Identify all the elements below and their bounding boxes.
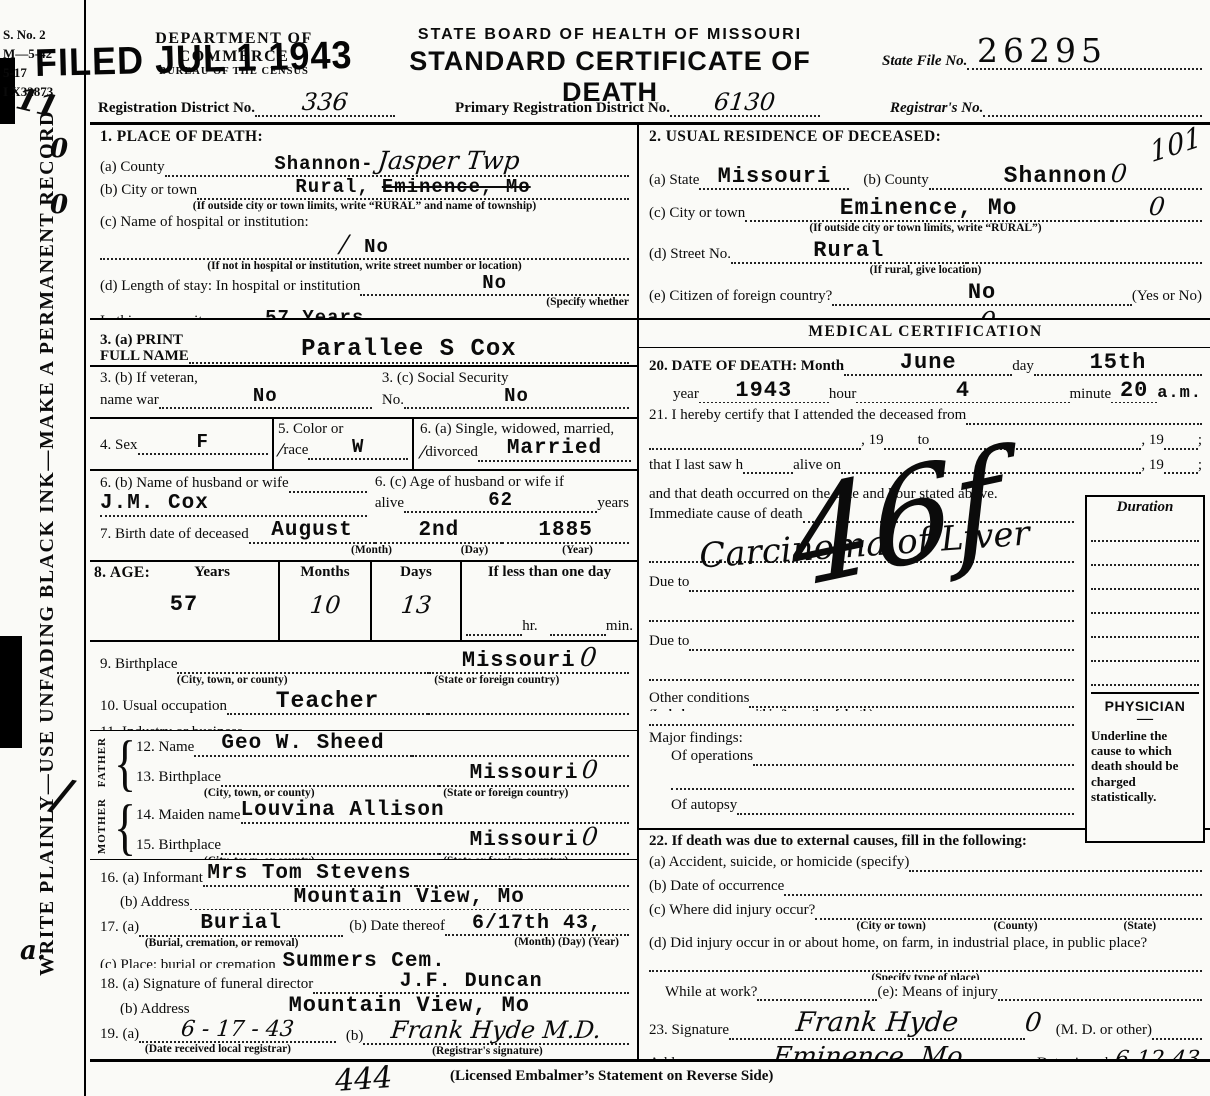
death-year-value: 1943 (735, 378, 792, 403)
primary-district-label: Primary Registration District No. (455, 100, 670, 117)
other-conditions-label: Other conditions (649, 689, 749, 708)
section-date-of-death: 20. DATE OF DEATH: Month June day 15th y… (639, 348, 1210, 404)
duration-physician-box: Duration PHYSICIAN — Underline the cause… (1085, 495, 1205, 843)
mother-birthplace-label: 15. Birthplace (136, 836, 221, 855)
citizen-value: No (968, 280, 996, 305)
md-or-other-label: (M. D. or other) (1056, 1021, 1152, 1040)
residence-street-value: Rural (813, 238, 884, 263)
residence-state-label: (a) State (649, 171, 699, 190)
veteran-label: 3. (b) If veteran, (100, 370, 372, 387)
age-label: 8. AGE: (94, 564, 150, 582)
color-label: 5. Color or (278, 421, 408, 438)
spouse-age-label2: alive (375, 494, 404, 513)
residence-city-value: Eminence, Mo (840, 195, 1018, 221)
of-autopsy-label: Of autopsy (671, 796, 737, 815)
color-label2: race (283, 441, 308, 460)
county-value: Shannon- (274, 153, 373, 175)
section-burial: 17. (a) Burial (Burial, cremation, or re… (90, 910, 637, 968)
veteran-value: No (253, 385, 278, 407)
physician-note: Underline the cause to which death shoul… (1091, 728, 1199, 805)
mother-birthplace-handmark: 0 (581, 824, 600, 850)
father-birthplace-handmark: 0 (581, 757, 600, 783)
death-ampm: a.m. (1157, 383, 1202, 404)
residence-city-label: (c) City or town (649, 204, 745, 223)
director-address-label: (b) Address (100, 1000, 190, 1015)
death-day-label: day (1012, 357, 1034, 376)
age-days-value: 13 (399, 591, 432, 619)
birthdate-label: 7. Birth date of deceased (100, 525, 249, 544)
physician-signature-handwriting: Frank Hyde (795, 1009, 960, 1037)
age-less-header: If less than one day (466, 564, 633, 581)
county-township-handwriting: Jasper Twp (376, 148, 520, 174)
primary-district-value: 6130 (713, 90, 777, 115)
section-place-of-death: 1. PLACE OF DEATH: (a) County Shannon- J… (90, 125, 637, 320)
date-signed-label: Date signed. (1037, 1054, 1112, 1059)
duration-line (1091, 566, 1199, 590)
means-of-injury-label: (e): Means of injury (877, 983, 997, 1002)
spouse-value: J.M. Cox (100, 492, 209, 515)
birthplace-note1: (City, town, or county) (100, 674, 365, 687)
death-certificate-document: S. No. 2 M—5-42 5-17 I X32873 11 0 0 / a… (0, 0, 1210, 1096)
birth-day-note: (Day) (423, 544, 526, 557)
residence-street-note: (If rural, give location) (649, 264, 1202, 277)
citizen-suffix: (Yes or No) (1132, 287, 1202, 306)
major-findings-label: Major findings: (649, 730, 1074, 747)
age-years-value: 57 (170, 592, 198, 617)
stay-value: No (482, 272, 507, 294)
burial-date-notes: (Month) (Day) (Year) (349, 936, 629, 949)
death-month-value: June (900, 350, 957, 375)
certify-semi2: ; (1198, 456, 1202, 475)
residence-county-handmark: 0 (1110, 161, 1129, 187)
father-birthplace-value: Missouri (470, 762, 579, 785)
min-label: min. (606, 617, 633, 636)
section-informant: 16. (a) Informant Mrs Tom Stevens (b) Ad… (90, 860, 637, 910)
date-of-death-label: 20. DATE OF DEATH: Month (649, 357, 844, 376)
burial-place-label: (c) Place: burial or cremation (100, 956, 276, 967)
print-label: 3. (a) PRINT (100, 333, 189, 349)
father-side-label: FATHER (96, 737, 108, 787)
marital-value: Married (507, 437, 602, 460)
section-age: 8. AGE: Years 57 Months 10 Days 13 (90, 562, 637, 641)
birthplace-handmark: 0 (578, 645, 597, 672)
section1-title: 1. PLACE OF DEATH: (100, 128, 629, 146)
state-file-block: 26295 State File No. (882, 34, 1202, 70)
ss-value: No (504, 385, 529, 407)
death-year-label: year (649, 385, 699, 403)
right-column: 2. USUAL RESIDENCE OF DECEASED: 101 (a) … (639, 125, 1210, 1059)
age-months-value: 10 (308, 591, 341, 619)
ss-label2: No. (382, 391, 404, 410)
marital-label2: divorced (425, 443, 477, 462)
due-to-label-1: Due to (649, 573, 689, 592)
duration-line (1091, 590, 1199, 614)
informant-address-value: Mountain View, Mo (294, 886, 525, 909)
certify-19c: , 19 (1141, 456, 1164, 475)
duration-line (1091, 662, 1199, 686)
veteran-label2: name war (100, 391, 159, 410)
birth-day-value: 2nd (418, 519, 459, 542)
county-label: (a) County (100, 158, 165, 177)
due-to-label-2: Due to (649, 632, 689, 651)
section-physician-signature: While at work? (e): Means of injury 23. … (639, 980, 1210, 1060)
left-margin-strip: S. No. 2 M—5-42 5-17 I X32873 11 0 0 / a… (0, 0, 86, 1096)
death-minute-label: minute (1070, 385, 1112, 403)
informant-label: 16. (a) Informant (100, 869, 203, 888)
handwritten-scrawl: 46f (787, 432, 1005, 607)
burial-date-label: (b) Date thereof (349, 917, 445, 936)
left-column: 1. PLACE OF DEATH: (a) County Shannon- J… (90, 125, 639, 1059)
death-hour-value: 4 (956, 378, 970, 403)
physician-dash: — (1091, 714, 1199, 724)
while-at-work-label: While at work? (649, 983, 757, 1002)
external-c-note2: (County) (953, 920, 1077, 933)
occupation-label: 10. Usual occupation (100, 697, 227, 716)
registrar19-b-label: (b) (346, 1027, 364, 1046)
birth-month-value: August (271, 519, 353, 542)
age-years-header: Years (150, 564, 274, 582)
father-brace: { (114, 735, 134, 791)
duration-line (1091, 542, 1199, 566)
burial-value: Burial (200, 912, 282, 935)
medical-certification-header: MEDICAL CERTIFICATION (639, 320, 1210, 348)
mother-maiden-label: 14. Maiden name (136, 806, 241, 825)
mother-maiden-value: Louvina Allison (241, 799, 445, 822)
occupation-value: Teacher (276, 688, 380, 714)
spouse-age-value: 62 (488, 489, 513, 511)
hospital-value: No (364, 236, 389, 258)
date-signed-handwriting: 6-12-43 (1113, 1048, 1200, 1059)
father-name-label: 12. Name (136, 738, 194, 757)
full-name-value: Parallee S Cox (301, 336, 517, 363)
death-minute-value: 20 (1120, 378, 1148, 403)
birthplace-value: Missouri (462, 648, 576, 673)
sex-label: 4. Sex (100, 436, 138, 455)
hospital-note: (If not in hospital or institution, writ… (100, 260, 629, 273)
certifier-address-handwriting: Eminence, Mo (771, 1044, 963, 1059)
external-a-label: (a) Accident, suicide, or homicide (spec… (649, 853, 909, 872)
burial-date-value: 6/17th 43, (472, 912, 602, 935)
city-value: Rural, (295, 176, 369, 198)
section-funeral-director: 18. (a) Signature of funeral director J.… (90, 968, 637, 1016)
duration-line (1091, 638, 1199, 662)
duration-line (1091, 614, 1199, 638)
stay-label: (d) Length of stay: In hospital or insti… (100, 277, 360, 296)
check-slash: / (339, 232, 350, 257)
residence-state-value: Missouri (718, 164, 832, 189)
mother-side-label: MOTHER (96, 798, 108, 854)
scan-artifact-blob (0, 636, 22, 748)
mother-brace: { (114, 799, 134, 855)
spouse-label: 6. (b) Name of husband or wife (100, 474, 289, 493)
form-body: 1. PLACE OF DEATH: (a) County Shannon- J… (90, 122, 1210, 1062)
section-full-name: 3. (a) PRINT FULL NAME Parallee S Cox (90, 320, 637, 368)
age-days-header: Days (376, 564, 456, 581)
father-name-value: Geo W. Sheed (221, 732, 384, 755)
external-c-note3: (State) (1078, 920, 1202, 933)
city-value-struck: Eminence, Mo (382, 176, 531, 198)
of-operations-label: Of operations (671, 747, 753, 766)
industry-label: 11. Industry or business (100, 723, 243, 731)
death-hour-label: hour (829, 385, 857, 403)
death-day-value: 15th (1090, 350, 1147, 375)
registrar-number-line (983, 115, 1202, 117)
section-spouse-birthdate: 6. (b) Name of husband or wife J.M. Cox … (90, 471, 637, 562)
director-address-value: Mountain View, Mo (289, 993, 530, 1016)
form-footer: 444 (Licensed Embalmer’s Statement on Re… (90, 1060, 1210, 1096)
external-c-note1: (City or town) (829, 920, 953, 933)
external-d-note: (Specify type of place) (649, 972, 1202, 980)
registrar19-label: 19. (a) (100, 1025, 139, 1044)
filed-date-stamp: FILED JUL 1 1943 (34, 32, 353, 86)
embalmer-statement-note: (Licensed Embalmer’s Statement on Revers… (450, 1068, 773, 1085)
residence-county-label: (b) County (863, 171, 928, 190)
section-external-causes: 22. If death was due to external causes,… (639, 830, 1210, 979)
residence-county-value: Shannon (1004, 163, 1108, 189)
birth-year-value: 1885 (538, 519, 592, 542)
duration-line (1091, 518, 1199, 542)
sex-value: F (197, 431, 209, 453)
section-usual-residence: 2. USUAL RESIDENCE OF DECEASED: 101 (a) … (639, 125, 1210, 320)
date-received-note: (Date received local registrar) (100, 1043, 336, 1056)
external-c-label: (c) Where did injury occur? (649, 901, 815, 920)
residence-city-handmark: 0 (1148, 194, 1167, 220)
section-veteran-ss: 3. (b) If veteran, name war No 3. (c) So… (90, 367, 637, 419)
birth-year-note: (Year) (526, 544, 629, 557)
citizen-label: (e) Citizen of foreign country? (649, 287, 832, 306)
residence-city-note: (If outside city or town limits, write “… (649, 222, 1202, 235)
community-value: 57 Years (265, 307, 364, 320)
date-received-handwriting: 6 - 17 - 43 (180, 1018, 295, 1041)
registrar-signature-handwriting: Frank Hyde M.D. (390, 1018, 603, 1043)
color-value: W (352, 436, 364, 458)
external-b-label: (b) Date of occurrence (649, 877, 784, 896)
city-label: (b) City or town (100, 181, 197, 200)
certify-line1: 21. I hereby certify that I attended the… (649, 406, 966, 425)
burial-note: (Burial, cremation, or removal) (100, 937, 343, 950)
marital-label: 6. (a) Single, widowed, married, (420, 421, 631, 438)
hospital-label: (c) Name of hospital or institution: (100, 213, 309, 232)
birthplace-label: 9. Birthplace (100, 655, 177, 674)
section-sex-color-marital: 4. Sex F 5. Color or / race W 6. ( (90, 419, 637, 471)
informant-address-label: (b) Address (100, 893, 190, 910)
birthplace-note2: (State or foreign country) (365, 674, 630, 687)
board-title: STATE BOARD OF HEALTH OF MISSOURI (390, 26, 830, 44)
immediate-cause-label: Immediate cause of death (649, 505, 803, 524)
state-file-line (967, 68, 1202, 70)
age-months-header: Months (284, 564, 366, 581)
medical-title: MEDICAL CERTIFICATION (808, 323, 1042, 340)
certifier-address-label: Address (649, 1054, 698, 1059)
last-saw-label: that I last saw h (649, 456, 743, 475)
margin-instruction-text: WRITE PLAINLY—USE UNFADING BLACK INK—MAK… (36, 110, 59, 976)
registration-district-label: Registration District No. (98, 100, 255, 117)
director-label: 18. (a) Signature of funeral director (100, 975, 313, 994)
registrar-number-label: Registrar's No. (890, 100, 983, 117)
community-label: In this community (100, 312, 210, 319)
city-note: (If outside city or town limits, write “… (100, 200, 629, 213)
section2-title: 2. USUAL RESIDENCE OF DECEASED: (649, 128, 941, 161)
residence-street-label: (d) Street No. (649, 245, 731, 264)
external-d-label: (d) Did injury occur in or about home, o… (649, 935, 1202, 952)
hr-label: hr. (522, 617, 537, 636)
registration-district-value: 336 (301, 90, 349, 115)
signature-handmark: 0 (1024, 1007, 1044, 1040)
duration-header: Duration (1091, 499, 1199, 516)
certify-19b: , 19 (1141, 431, 1164, 450)
section-birthplace-occupation: 9. Birthplace Missouri 0 (City, town, or… (90, 642, 637, 731)
signature-label: 23. Signature (649, 1021, 729, 1040)
informant-value: Mrs Tom Stevens (207, 862, 411, 885)
district-row: Registration District No. 336 Primary Re… (98, 90, 1202, 117)
registrar-signature-note: (Registrar's signature) (346, 1045, 629, 1058)
director-value: J.F. Duncan (400, 970, 543, 993)
name-country-handmark: 0 (977, 309, 996, 320)
full-name-label: FULL NAME (100, 349, 189, 365)
mother-birthplace-value: Missouri (470, 829, 579, 852)
footer-handwritten-number: 444 (334, 1060, 394, 1096)
state-file-label: State File No. (882, 53, 967, 70)
burial-place-value: Summers Cem. (282, 950, 445, 967)
father-birthplace-label: 13. Birthplace (136, 768, 221, 787)
stay-note: (Specify whether (100, 296, 629, 309)
burial-label: 17. (a) (100, 918, 139, 937)
birth-month-note: (Month) (320, 544, 423, 557)
form-header: DEPARTMENT OF COMMERCE BUREAU OF THE CEN… (90, 0, 1210, 122)
section-parents: FATHER MOTHER { { 12. Name Geo W. Sheed … (90, 731, 637, 860)
certify-semi1: ; (1198, 431, 1202, 450)
spouse-age-suffix: years (597, 494, 629, 513)
section-local-registrar: 19. (a) 6 - 17 - 43 (Date received local… (90, 1015, 637, 1059)
